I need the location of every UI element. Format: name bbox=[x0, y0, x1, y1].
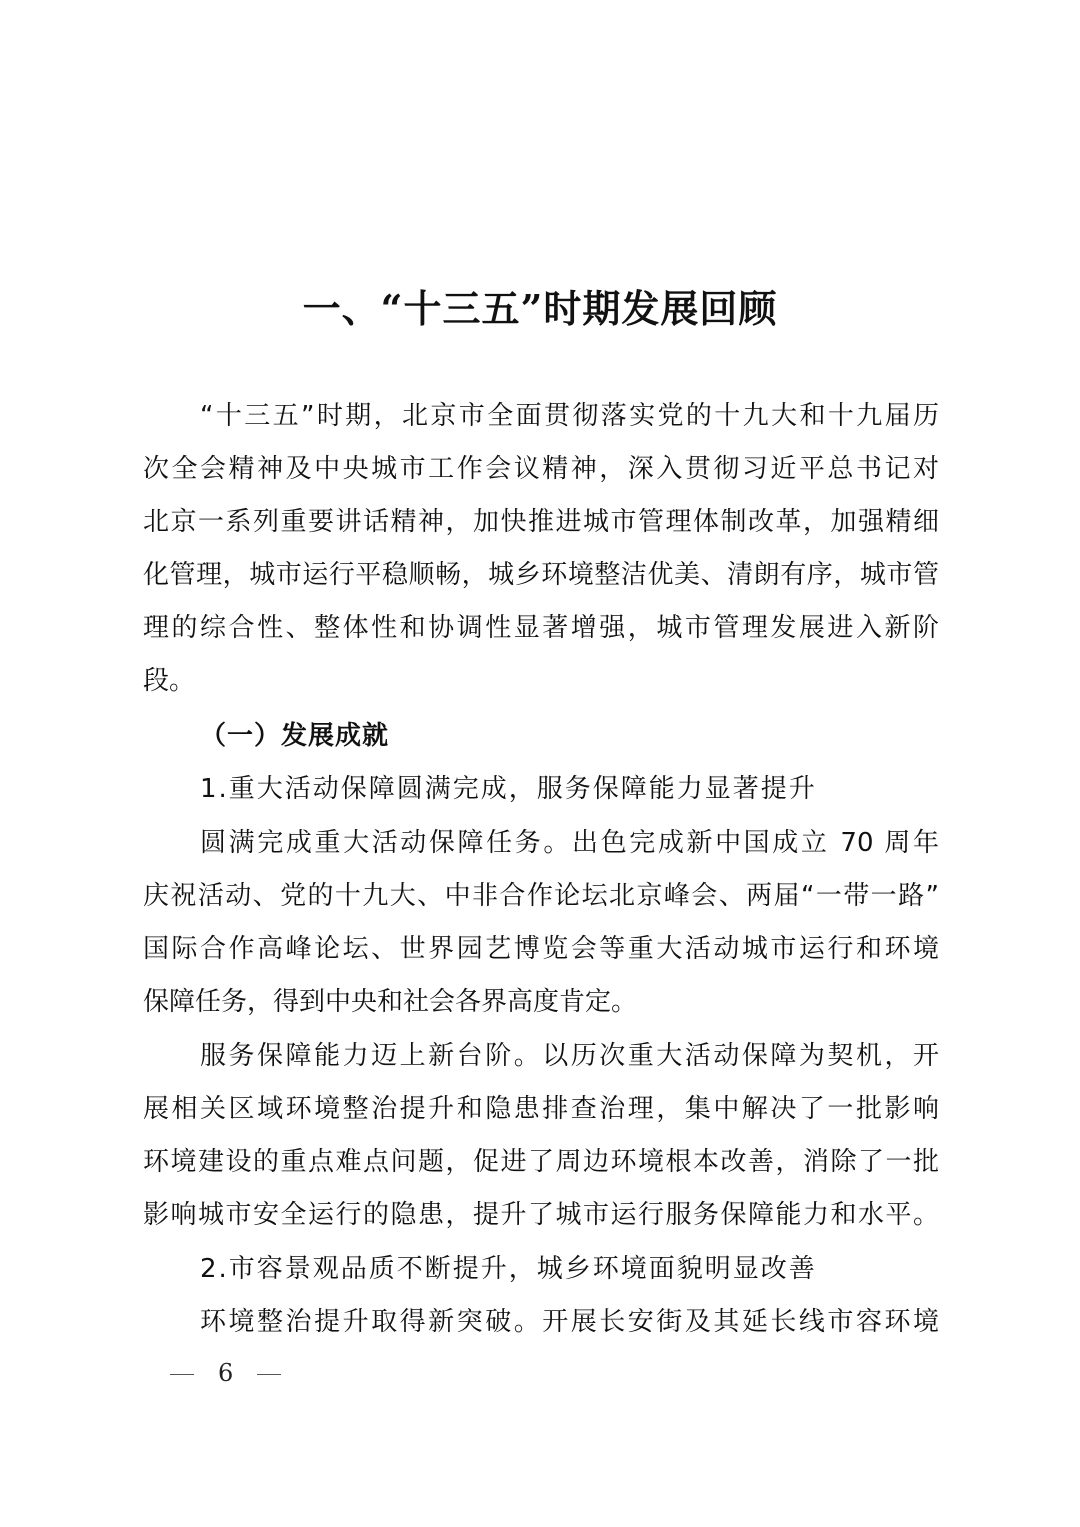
paragraph-3-line-4: 影响城市安全运行的隐患，提升了城市运行服务保障能力和水平。 bbox=[143, 1195, 939, 1235]
section-heading-achievements: （一）发展成就 bbox=[200, 716, 939, 756]
paragraph-4-line-1: 环境整治提升取得新突破。开展长安街及其延长线市容环境 bbox=[200, 1302, 939, 1342]
paragraph-1-line-3: 北京一系列重要讲话精神，加快推进城市管理体制改革，加强精细 bbox=[143, 502, 939, 542]
paragraph-3-line-3: 环境建设的重点难点问题，促进了周边环境根本改善，消除了一批 bbox=[143, 1142, 939, 1182]
paragraph-3-line-1: 服务保障能力迈上新台阶。以历次重大活动保障为契机，开 bbox=[200, 1036, 939, 1076]
paragraph-2-line-2: 庆祝活动、党的十九大、中非合作论坛北京峰会、两届“一带一路” bbox=[143, 876, 939, 916]
section-title: 一、“十三五”时期发展回顾 bbox=[0, 284, 1080, 334]
subheading-2: 2.市容景观品质不断提升，城乡环境面貌明显改善 bbox=[200, 1249, 939, 1289]
page-number: 6 bbox=[218, 1358, 233, 1388]
paragraph-1-line-1: “十三五”时期，北京市全面贯彻落实党的十九大和十九届历 bbox=[200, 396, 939, 436]
paragraph-2-line-3: 国际合作高峰论坛、世界园艺博览会等重大活动城市运行和环境 bbox=[143, 929, 939, 969]
paragraph-1-line-6: 段。 bbox=[143, 661, 939, 701]
paragraph-1-line-4: 化管理，城市运行平稳顺畅，城乡环境整洁优美、清朗有序，城市管 bbox=[143, 555, 939, 595]
footer-dash-left bbox=[170, 1374, 194, 1375]
paragraph-2-line-1: 圆满完成重大活动保障任务。出色完成新中国成立 70 周年 bbox=[200, 823, 939, 863]
paragraph-1-line-2: 次全会精神及中央城市工作会议精神，深入贯彻习近平总书记对 bbox=[143, 449, 939, 489]
footer-dash-right bbox=[257, 1374, 281, 1375]
paragraph-2-line-4: 保障任务，得到中央和社会各界高度肯定。 bbox=[143, 982, 939, 1022]
document-page: 一、“十三五”时期发展回顾 “十三五”时期，北京市全面贯彻落实党的十九大和十九届… bbox=[0, 0, 1080, 1527]
paragraph-3-line-2: 展相关区域环境整治提升和隐患排查治理，集中解决了一批影响 bbox=[143, 1089, 939, 1129]
subheading-1: 1.重大活动保障圆满完成，服务保障能力显著提升 bbox=[200, 769, 939, 809]
page-footer: 6 bbox=[170, 1358, 281, 1388]
paragraph-1-line-5: 理的综合性、整体性和协调性显著增强，城市管理发展进入新阶 bbox=[143, 608, 939, 648]
